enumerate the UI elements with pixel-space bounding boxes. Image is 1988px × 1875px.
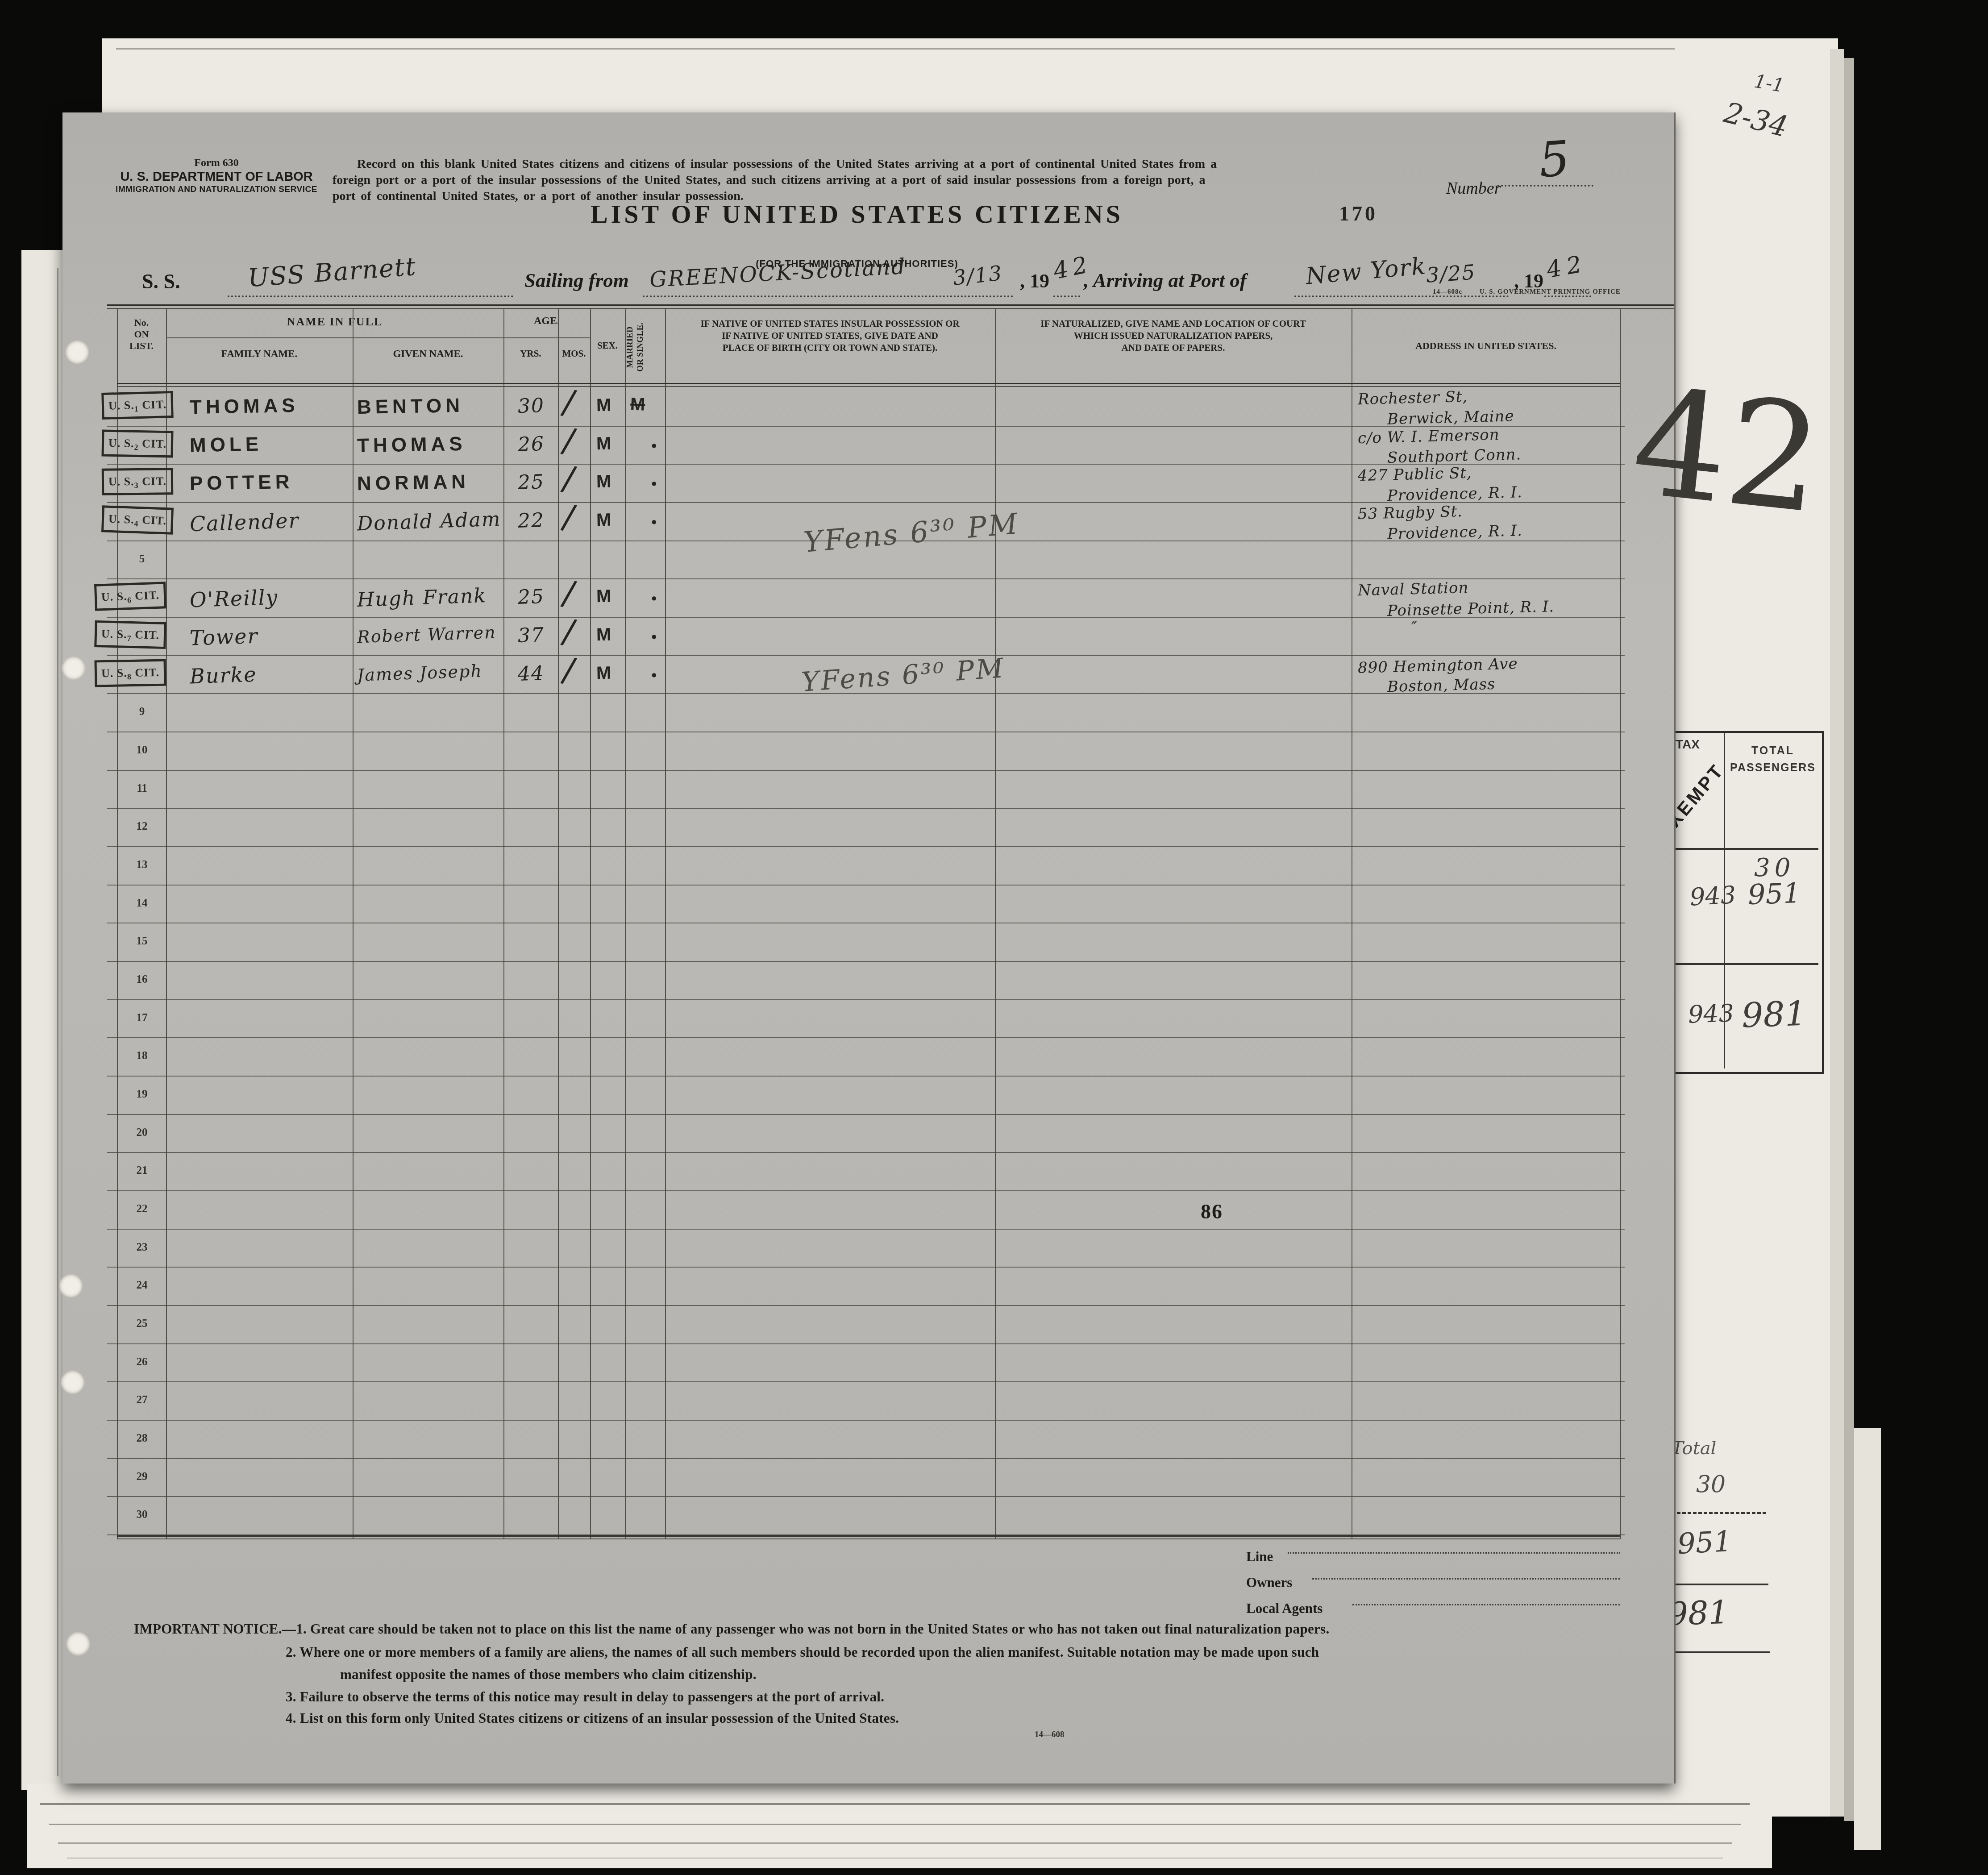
age-years: 22 [507,508,555,533]
header-address: ADDRESS IN UNITED STATES. [1352,340,1620,352]
row-number: 19 [129,1088,155,1101]
paper-stack-right-shade-1 [1830,49,1844,1817]
header-yrs: YRS. [503,348,558,359]
address-line: Southport Conn. [1387,445,1522,467]
row-number: 9 [129,706,155,718]
row-number: 20 [129,1127,155,1139]
family-name: Tower [189,624,258,650]
tax-value-951: 951 [1747,877,1801,911]
department-name: U. S. DEPARTMENT OF LABOR [112,170,321,184]
row-number: 11 [129,782,155,795]
given-name: James Joseph [357,661,482,685]
tax-value-981: 981 [1741,993,1807,1035]
notice-line-1: IMPORTANT NOTICE.—1. Great care should b… [134,1621,1330,1637]
row-number: 17 [129,1012,155,1024]
address-line: Providence, R. I. [1387,522,1523,543]
line-dotline [1288,1552,1620,1554]
address-line: c/o W. I. Emerson [1358,426,1500,447]
age-years: 25 [507,585,555,610]
sex-value: M [596,663,611,683]
local-agents-dotline [1352,1604,1620,1605]
header-bottom-rule-a [117,383,1620,384]
us-cit-stamp: U. S.2 CIT. [101,429,173,457]
address-line: Rochester St, [1358,388,1468,408]
header-age: AGE. [503,315,590,327]
ship-name-line [228,295,513,297]
number-value: 5 [1537,131,1572,189]
paper-stack-bottom-edge [27,1784,1772,1868]
service-name: IMMIGRATION AND NATURALIZATION SERVICE [112,185,321,195]
row-number: 22 [129,1203,155,1215]
us-cit-stamp: U. S.6 CIT. [94,582,166,611]
address-line: Berwick, Maine [1387,407,1515,428]
hole-punch-5 [66,1632,90,1656]
row-number: 27 [129,1394,155,1406]
arrival-date: 3/25 [1425,260,1476,287]
totals-value-981: 981 [1667,1593,1730,1633]
given-name: Hugh Frank [357,584,487,611]
age-years: 25 [507,470,555,495]
scanned-manifest-photo: TAX EXEMPT TOTAL PASSENGERS 30 943 951 9… [0,0,1988,1875]
hole-punch-2 [62,656,86,680]
header-married-line2: OR SINGLE. [635,314,645,381]
header-bottom-rule-b [117,386,1620,387]
owners-dotline [1312,1578,1620,1580]
row-number: 15 [129,935,155,948]
marital-dot: . [651,424,657,454]
address-line: 427 Public St, [1358,464,1472,485]
us-cit-stamp: U. S.8 CIT. [94,659,166,687]
print-code-bottom: 14—608 [1035,1730,1065,1740]
us-cit-stamp: U. S.3 CIT. [102,468,174,496]
arriving-label: , Arriving at Port of [1084,269,1247,292]
notice-line-4: 3. Failure to observe the terms of this … [286,1689,884,1705]
row-number: 28 [129,1432,155,1445]
given-name: NORMAN [357,471,470,495]
sex-value: M [596,395,611,416]
header-birth-line2: IF NATIVE OF UNITED STATES, GIVE DATE AN… [665,330,995,342]
header-naturalized-line2: WHICH ISSUED NATURALIZATION PAPERS, [995,330,1352,342]
marital-dot: . [651,577,657,607]
family-name: O'Reilly [189,585,279,612]
row-number: 24 [129,1279,155,1292]
marital-dot: . [651,615,657,645]
row-number: 26 [129,1356,155,1368]
paper-stack-bottom-line-3 [58,1842,1732,1844]
paper-stack-bottom-line-4 [67,1858,1723,1858]
owners-label: Owners [1246,1575,1292,1591]
age-years: 26 [507,432,555,457]
header-no-line2: ON [117,328,166,340]
row-number: 12 [129,820,155,833]
hole-punch-3 [59,1274,83,1298]
number-label: Number [1446,179,1501,198]
hole-punch-4 [61,1370,85,1394]
ss-label: S. S. [142,270,180,293]
hole-punch-1 [65,340,89,364]
family-name: Burke [189,662,257,688]
row-number: 25 [129,1318,155,1330]
print-code-top: 14—608c U. S. GOVERNMENT PRINTING OFFICE [1433,288,1621,296]
header-married-line1: MARRIED [625,314,635,381]
line-label: Line [1246,1549,1273,1565]
table-bottom-rule-b [117,1538,1620,1539]
age-years: 44 [507,661,555,686]
totals-value-951: 951 [1676,1525,1733,1561]
header-birth: IF NATIVE OF UNITED STATES INSULAR POSSE… [665,318,995,354]
us-cit-stamp: U. S.4 CIT. [101,505,174,535]
row-number: 16 [129,973,155,986]
totals-label: Total [1672,1438,1716,1459]
paper-stack-right-lower-edge [1854,1428,1881,1850]
header-sex: SEX. [590,340,625,351]
table-bottom-rule-a [117,1535,1620,1537]
address-line: Naval Station [1358,579,1469,599]
notice-line-2: 2. Where one or more members of a family… [286,1644,1319,1660]
notice-line-5: 4. List on this form only United States … [286,1710,899,1726]
age-years: 30 [507,394,555,418]
us-cit-stamp: U. S.7 CIT. [94,620,166,649]
row-number: 30 [129,1509,155,1521]
table-top-rule-a [107,304,1674,306]
paper-stack-left-line [57,268,58,1776]
tax-table-line-2 [1656,963,1818,965]
given-name: BENTON [357,395,464,419]
header-naturalized-line1: IF NATURALIZED, GIVE NAME AND LOCATION O… [995,318,1352,330]
notice-line-3: manifest opposite the names of those mem… [340,1667,757,1683]
page-title: LIST OF UNITED STATES CITIZENS [533,199,1181,229]
row-number: 10 [129,744,155,757]
sailing-date: 3/13 [952,261,1003,290]
paper-stack-right-shade-2 [1844,58,1854,1821]
paper-stack-top-edge [102,38,1838,117]
totals-value-30: 30 [1696,1471,1726,1498]
row-number: 21 [129,1164,155,1177]
header-birth-line3: PLACE OF BIRTH (CITY OR TOWN AND STATE). [665,342,995,354]
edge-big-42: 42 [1626,368,1828,534]
paper-stack-top-line [116,48,1826,50]
row-number: 5 [129,553,155,565]
header-married-or-single: MARRIED OR SINGLE. [625,314,665,381]
tax-value-943b: 943 [1688,999,1734,1029]
name-age-subrule [166,337,590,338]
sex-value: M [596,625,611,645]
marital-dot: . [651,462,657,492]
given-name: THOMAS [357,433,466,457]
sex-value: M [596,472,611,492]
stamp-86: 86 [1201,1200,1223,1223]
instructions-line-1: Record on this blank United States citiz… [357,157,1217,171]
tax-value-943a: 943 [1689,881,1736,911]
age-years: 37 [507,623,555,648]
header-no-line1: No. [117,317,166,328]
header-mos: MOS. [558,348,590,359]
total-passengers-header-2: PASSENGERS [1726,761,1820,774]
header-no-line3: LIST. [117,340,166,352]
table-top-rule-b [107,308,1674,309]
row-number: 14 [129,897,155,910]
marital-dot: . [651,500,657,530]
total-passengers-header-1: TOTAL [1726,744,1820,757]
tax-table-line-1 [1656,848,1818,850]
address-line: ″ [1411,619,1418,636]
marital-value-struck: M [630,394,645,415]
header-naturalized-line3: AND DATE OF PAPERS. [995,342,1352,354]
header-birth-line1: IF NATIVE OF UNITED STATES INSULAR POSSE… [665,318,995,330]
instructions-line-2: foreign port or a port of the insular po… [333,173,1205,187]
address-line: Providence, R. I. [1387,483,1523,505]
totals-underline-1 [1672,1512,1766,1514]
sex-value: M [596,433,611,454]
family-name: THOMAS [190,395,299,419]
totals-underline-3 [1664,1651,1770,1653]
page-stamp-170: 170 [1339,202,1378,225]
sex-value: M [596,510,611,531]
sex-value: M [596,586,611,607]
year-19-prefix-1: , 19 [1020,270,1049,292]
header-name-in-full: NAME IN FULL [166,315,503,328]
row-number: 18 [129,1050,155,1062]
form-number: Form 630 [112,157,321,169]
header-family-name: FAMILY NAME. [166,348,353,360]
header-no-on-list: No. ON LIST. [117,317,166,352]
family-name: MOLE [190,433,263,457]
sailing-year-line [1053,295,1080,297]
totals-underline-2 [1669,1584,1768,1585]
us-cit-stamp: U. S.1 CIT. [101,391,174,420]
paper-stack-bottom-line-2 [49,1824,1741,1825]
marital-dot: . [651,653,657,683]
sailing-port-line [643,295,1013,297]
printer-name: U. S. GOVERNMENT PRINTING OFFICE [1480,288,1621,295]
family-name: POTTER [190,471,294,495]
local-agents-label: Local Agents [1246,1601,1323,1617]
row-number: 23 [129,1241,155,1254]
paper-stack-bottom-line-1 [40,1803,1750,1805]
print-code-top-number: 14—608c [1433,288,1462,295]
row-number: 29 [129,1471,155,1483]
row-separator-lines [107,388,1625,1535]
address-line: 53 Rugby St. [1358,503,1463,523]
row-number: 13 [129,859,155,871]
header-naturalized: IF NATURALIZED, GIVE NAME AND LOCATION O… [995,318,1352,354]
sailing-from-label: Sailing from [524,269,629,292]
family-name: Callender [189,508,299,536]
address-line: Boston, Mass [1387,675,1496,695]
paper-stack-left-edge [21,250,62,1790]
header-given-name: GIVEN NAME. [353,348,503,360]
